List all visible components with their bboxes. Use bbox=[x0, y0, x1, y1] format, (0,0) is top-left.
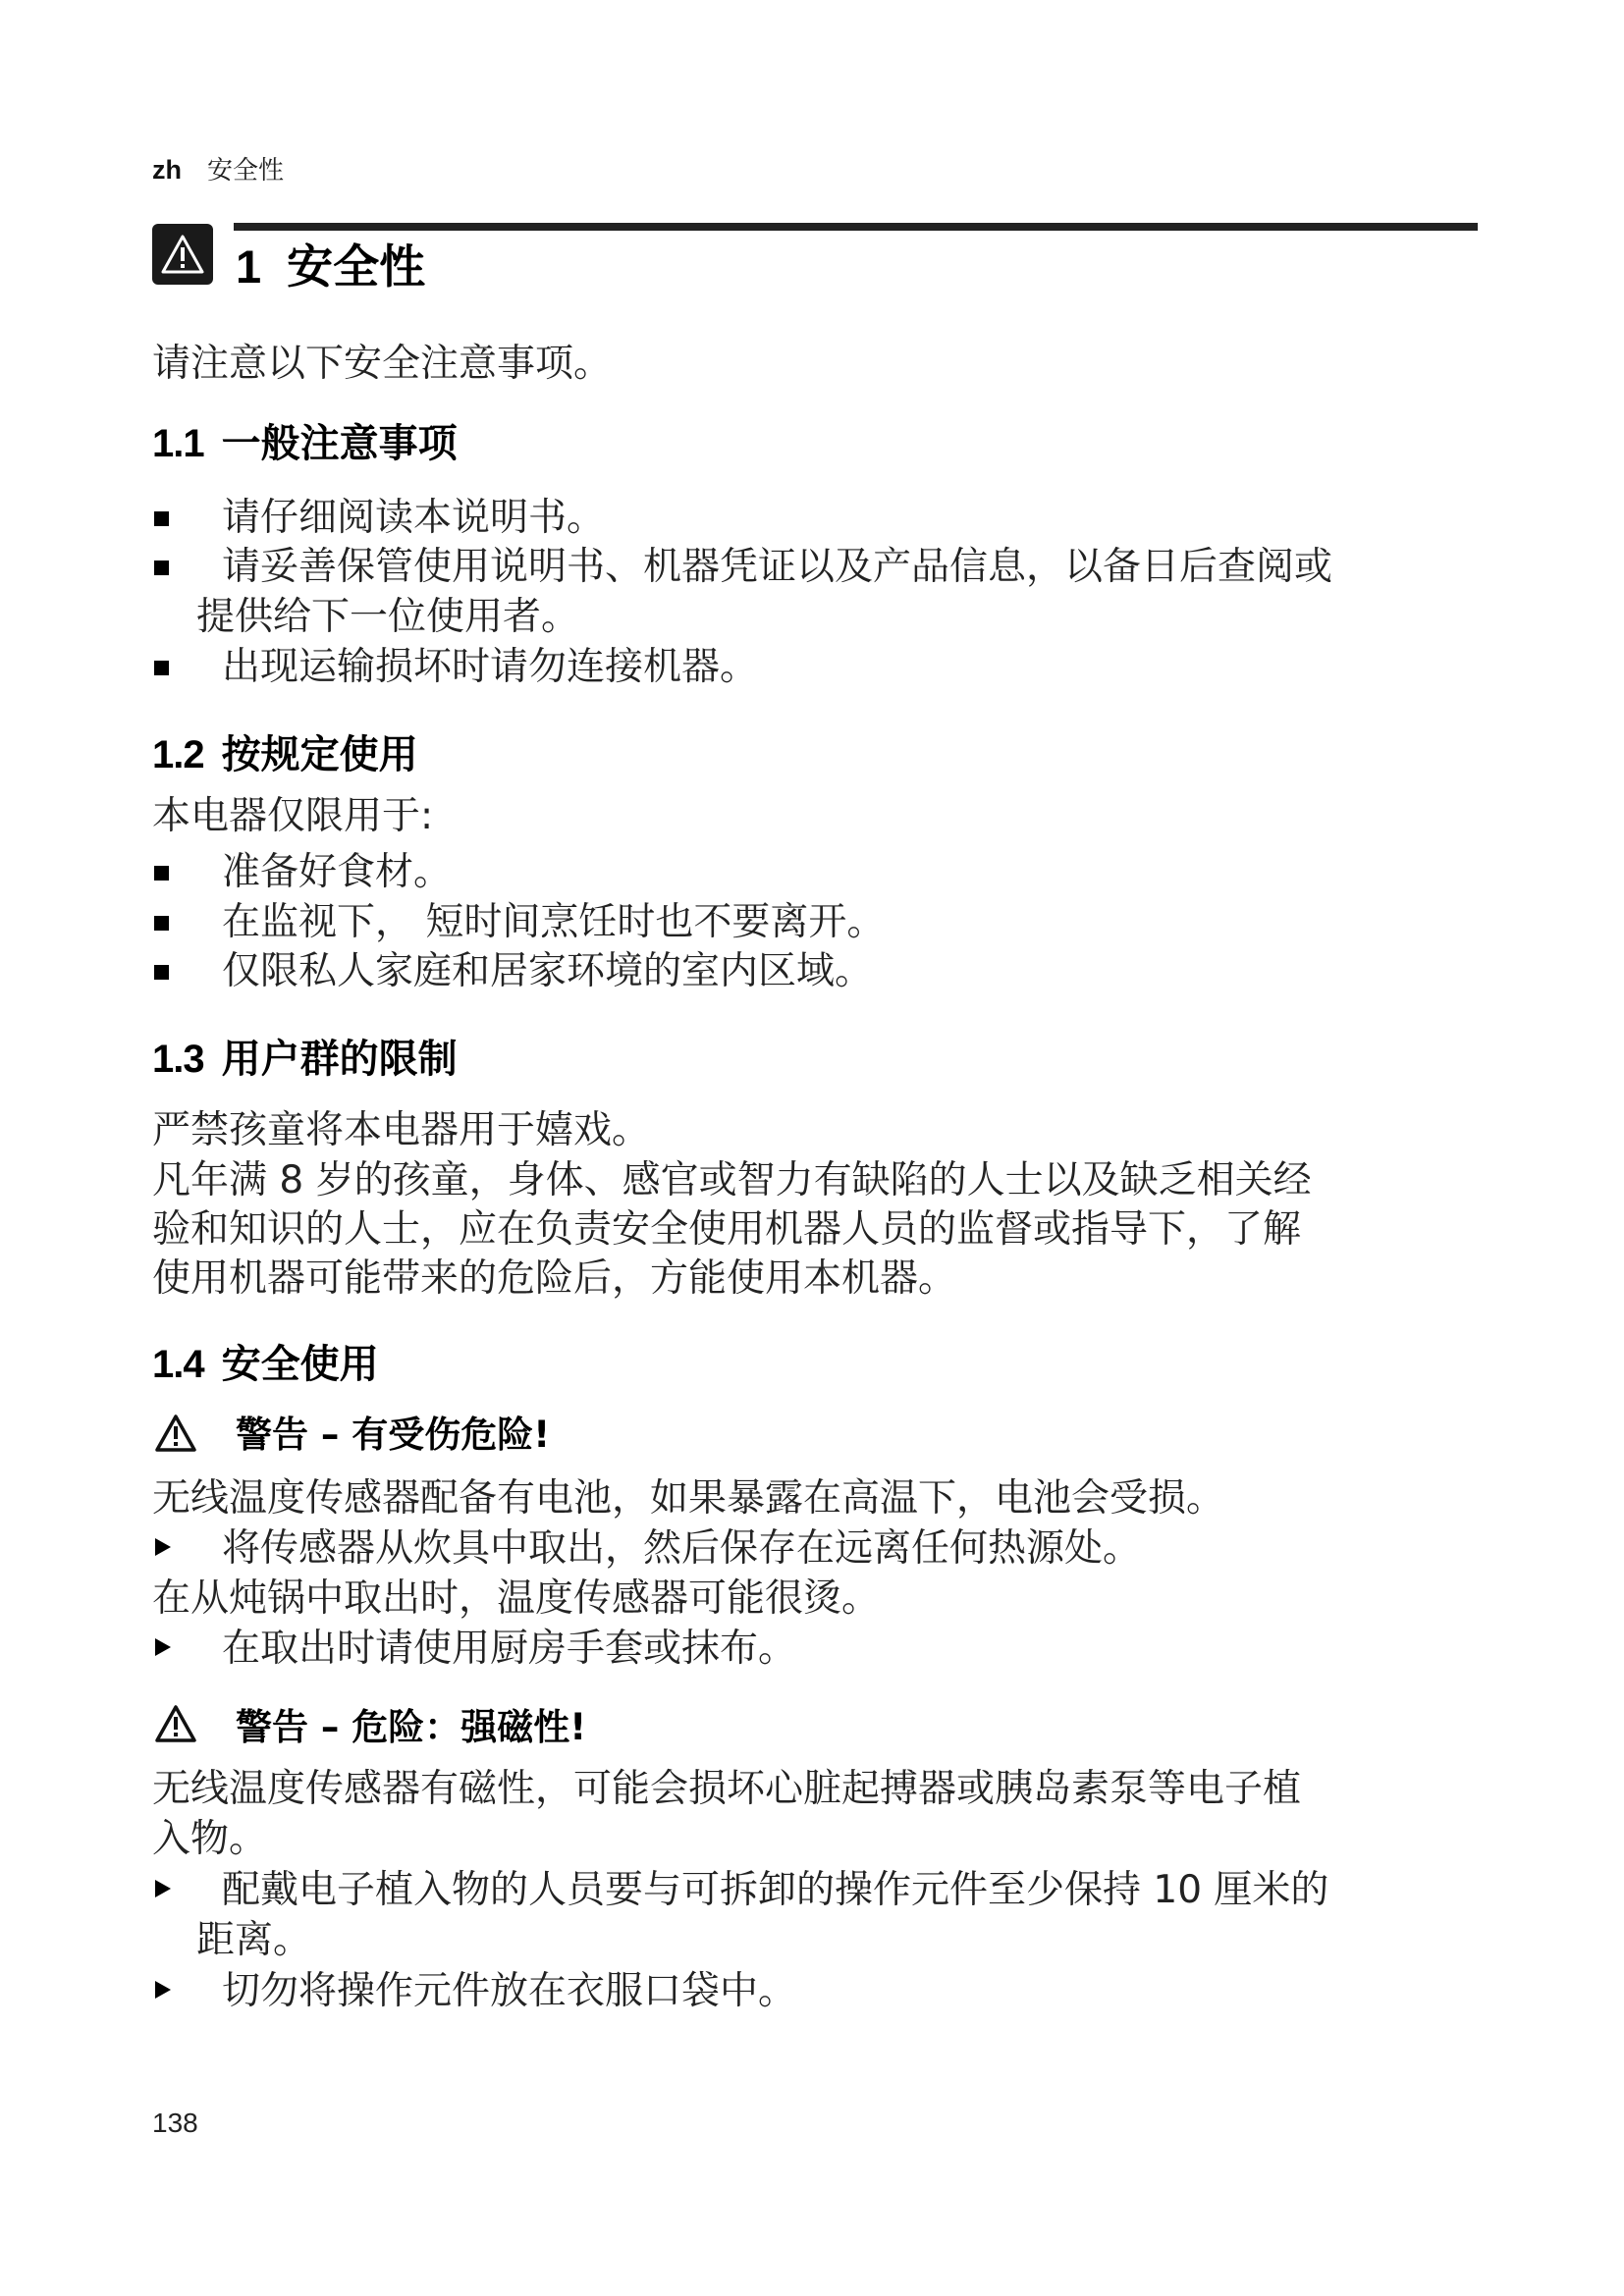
square-bullet-icon bbox=[154, 661, 169, 675]
page-number: 138 bbox=[152, 2107, 198, 2140]
paragraph-line: 使用机器可能带来的危险后，方能使用本机器。 bbox=[152, 1256, 956, 1302]
warning-triangle-icon bbox=[154, 1414, 197, 1453]
action-step: 切勿将操作元件放在衣服口袋中。 bbox=[222, 1969, 796, 2014]
square-bullet-icon bbox=[154, 866, 169, 881]
running-section-title: 安全性 bbox=[207, 156, 284, 186]
action-arrow-icon bbox=[155, 1981, 171, 1999]
warning-text: 入物。 bbox=[152, 1817, 267, 1862]
lead-text: 本电器仅限用于: bbox=[152, 794, 433, 839]
chapter-title-text: 安全性 bbox=[287, 240, 425, 294]
list-item: 准备好食材。 bbox=[222, 850, 452, 895]
warning-title: 警告 – 危险：强磁性! bbox=[236, 1706, 586, 1749]
chapter-rule bbox=[234, 223, 1478, 231]
section-heading-1-3: 1.3用户群的限制 bbox=[152, 1036, 458, 1083]
warning-triangle-icon bbox=[154, 1704, 197, 1743]
list-item: 在监视下， 短时间烹饪时也不要离开。 bbox=[222, 900, 885, 945]
list-item: 仅限私人家庭和居家环境的室内区域。 bbox=[222, 949, 873, 994]
paragraph-line: 严禁孩童将本电器用于嬉戏。 bbox=[152, 1108, 650, 1153]
paragraph-line: 凡年满 8 岁的孩童，身体、感官或智力有缺陷的人士以及缺乏相关经 bbox=[152, 1158, 1312, 1203]
list-item: 出现运输损坏时请勿连接机器。 bbox=[222, 645, 758, 690]
running-header: zh安全性 bbox=[152, 153, 284, 187]
action-step: 将传感器从炊具中取出，然后保存在远离任何热源处。 bbox=[222, 1526, 1141, 1572]
warning-triangle-icon bbox=[152, 224, 213, 285]
warning-text: 无线温度传感器有磁性，可能会损坏心脏起搏器或胰岛素泵等电子植 bbox=[152, 1767, 1301, 1812]
chapter-number: 1 bbox=[236, 240, 261, 293]
action-arrow-icon bbox=[155, 1880, 171, 1897]
warning-text: 无线温度传感器配备有电池，如果暴露在高温下，电池会受损。 bbox=[152, 1476, 1224, 1522]
square-bullet-icon bbox=[154, 511, 169, 526]
section-heading-1-4: 1.4安全使用 bbox=[152, 1341, 379, 1388]
language-code: zh bbox=[152, 155, 182, 185]
warning-text: 在从炖锅中取出时，温度传感器可能很烫。 bbox=[152, 1576, 880, 1622]
action-step-continuation: 距离。 bbox=[196, 1918, 311, 1963]
warning-title: 警告 – 有受伤危险! bbox=[236, 1414, 550, 1457]
list-item: 请妥善保管使用说明书、机器凭证以及产品信息，以备日后查阅或 bbox=[222, 545, 1332, 590]
square-bullet-icon bbox=[154, 916, 169, 931]
section-heading-1-2: 1.2按规定使用 bbox=[152, 731, 418, 778]
square-bullet-icon bbox=[154, 965, 169, 980]
list-item: 请仔细阅读本说明书。 bbox=[222, 496, 605, 541]
chapter-title: 1安全性 bbox=[236, 240, 425, 295]
square-bullet-icon bbox=[154, 561, 169, 575]
action-arrow-icon bbox=[155, 1538, 171, 1556]
action-step: 配戴电子植入物的人员要与可拆卸的操作元件至少保持 10 厘米的 bbox=[222, 1868, 1328, 1913]
action-step: 在取出时请使用厨房手套或抹布。 bbox=[222, 1627, 796, 1672]
list-item-continuation: 提供给下一位使用者。 bbox=[196, 595, 579, 640]
paragraph-line: 验和知识的人士，应在负责安全使用机器人员的监督或指导下，了解 bbox=[152, 1207, 1301, 1253]
action-arrow-icon bbox=[155, 1638, 171, 1656]
intro-text: 请注意以下安全注意事项。 bbox=[152, 342, 612, 387]
section-heading-1-1: 1.1一般注意事项 bbox=[152, 420, 458, 467]
